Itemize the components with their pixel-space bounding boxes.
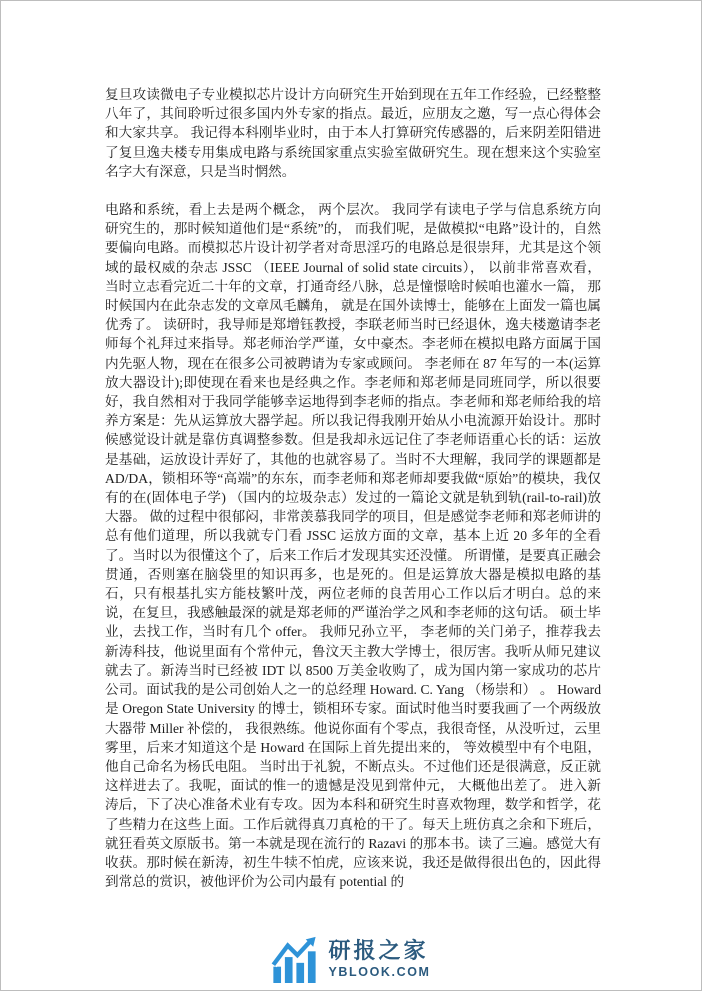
logo-title: 研报之家 xyxy=(328,938,430,964)
paragraph-2: 电路和系统，看上去是两个概念， 两个层次。 我同学有读电子学与信息系统方向研究生… xyxy=(105,200,601,891)
logo-text-block: 研报之家 YBLOOK.COM xyxy=(328,938,430,980)
document-page: 复旦攻读微电子专业模拟芯片设计方向研究生开始到现在五年工作经验，已经整整八年了，… xyxy=(0,0,702,991)
rising-bar-chart-arrow-icon xyxy=(271,934,319,984)
paragraph-1: 复旦攻读微电子专业模拟芯片设计方向研究生开始到现在五年工作经验，已经整整八年了，… xyxy=(105,85,601,181)
article-text: 复旦攻读微电子专业模拟芯片设计方向研究生开始到现在五年工作经验，已经整整八年了，… xyxy=(105,85,601,910)
logo-domain: YBLOOK.COM xyxy=(328,965,430,980)
yblook-watermark-logo: 研报之家 YBLOOK.COM xyxy=(271,934,430,984)
